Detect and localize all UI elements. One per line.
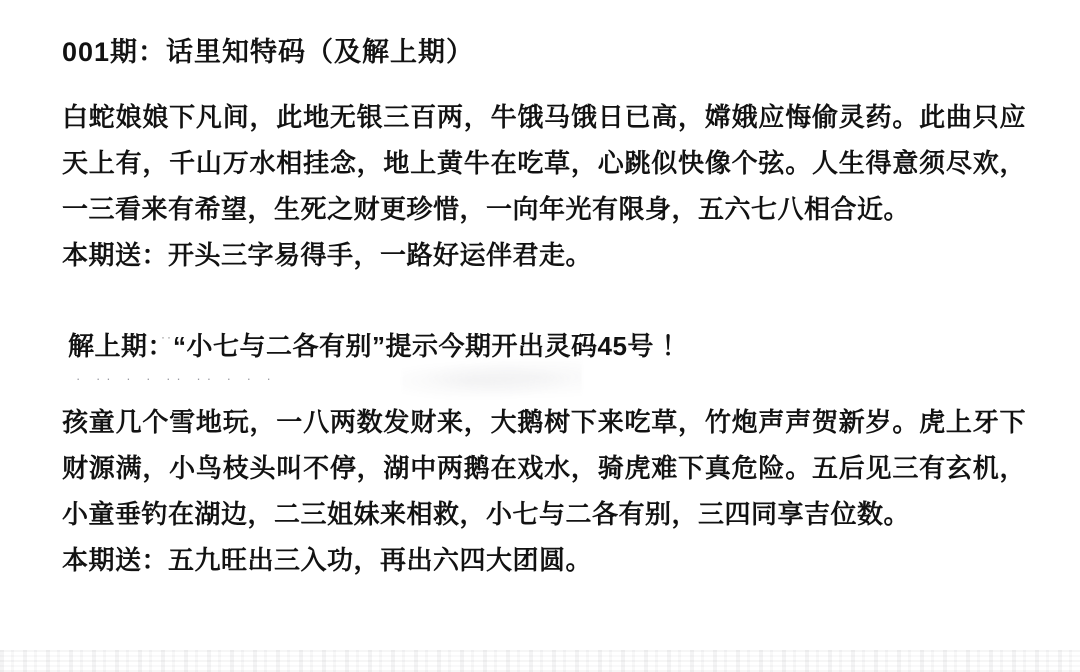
current-issue-section: 白蛇娘娘下凡间，此地无银三百两，牛饿马饿日已高，嫦娥应悔偷灵药。此曲只应天上有，… bbox=[62, 94, 1026, 278]
scan-noise-band bbox=[0, 650, 1080, 672]
last-issue-solution-line: 解上期：··“小七与二各有别”提示今期开出灵码45号 ！ bbox=[68, 314, 688, 369]
scan-artifact-dots: ·· bbox=[161, 330, 173, 344]
scan-smudge-artifact bbox=[402, 360, 582, 402]
last-issue-text: “小七与二各有别”提示今期开出灵码45号 ！ bbox=[173, 331, 688, 361]
poem-paragraph-current: 白蛇娘娘下凡间，此地无银三百两，牛饿马饿日已高，嫦娥应悔偷灵药。此曲只应天上有，… bbox=[62, 94, 1026, 232]
gift-line-second: 本期送：五九旺出三入功，再出六四大团圆。 bbox=[62, 537, 1026, 583]
second-poem-section: 孩童几个雪地玩，一八两数发财来，大鹅树下来吃草，竹炮声声贺新岁。虎上牙下财源满，… bbox=[62, 399, 1026, 583]
poem-paragraph-second: 孩童几个雪地玩，一八两数发财来，大鹅树下来吃草，竹炮声声贺新岁。虎上牙下财源满，… bbox=[62, 399, 1026, 537]
gift-line-current: 本期送：开头三字易得手，一路好运伴君走。 bbox=[62, 232, 1026, 278]
document-page: 001期：话里知特码（及解上期） 白蛇娘娘下凡间，此地无银三百两，牛饿马饿日已高… bbox=[0, 0, 1080, 672]
faded-text-artifact: · ·· · · ·· ·· · · · bbox=[76, 372, 406, 385]
last-issue-label: 解上期： bbox=[68, 331, 161, 361]
page-title: 001期：话里知特码（及解上期） bbox=[62, 30, 474, 69]
